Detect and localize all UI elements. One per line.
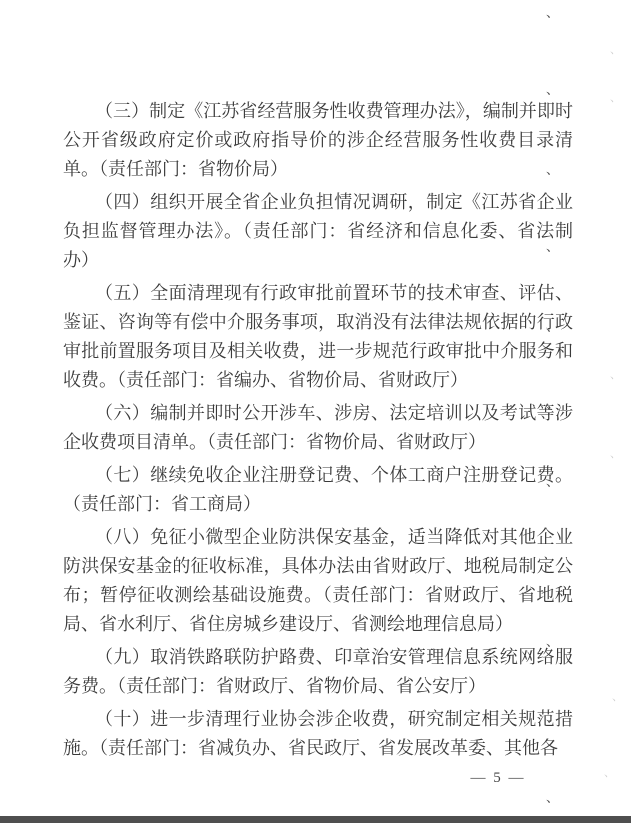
page-number: — 5 — bbox=[448, 770, 548, 787]
scan-artifact-mark: 、 bbox=[612, 692, 623, 703]
scan-artifact-mark: 、 bbox=[546, 791, 559, 804]
document-body: （三）制定《江苏省经营服务性收费管理办法》，编制并即时公开省级政府定价或政府指导… bbox=[63, 97, 573, 767]
scan-artifact-mark: 、 bbox=[610, 370, 621, 381]
scan-artifact-mark: 、 bbox=[546, 83, 559, 96]
paragraph-item-6: （六）编制并即时公开涉车、涉房、法定培训以及考试等涉企收费项目清单。（责任部门：… bbox=[63, 399, 573, 457]
paragraph-item-10: （十）进一步清理行业协会涉企收费，研究制定相关规范措施。（责任部门：省减负办、省… bbox=[63, 705, 573, 763]
paragraph-item-7: （七）继续免收企业注册登记费、个体工商户注册登记费。（责任部门：省工商局） bbox=[63, 461, 573, 519]
scan-artifact-mark: 、 bbox=[546, 635, 559, 648]
scan-artifact-mark: 、 bbox=[546, 398, 559, 411]
scan-artifact-mark: 、 bbox=[546, 240, 559, 253]
scan-artifact-mark: 、 bbox=[546, 475, 559, 488]
paragraph-item-8: （八）免征小微型企业防洪保安基金，适当降低对其他企业防洪保安基金的征收标准，具体… bbox=[63, 523, 573, 639]
scan-edge-band bbox=[0, 816, 631, 823]
scan-artifact-mark: 、 bbox=[546, 6, 559, 19]
scan-artifact-mark: 、 bbox=[546, 320, 559, 333]
scan-artifact-mark: 、 bbox=[604, 768, 615, 779]
scan-artifact-mark: 、 bbox=[610, 93, 621, 104]
scanned-document-page: （三）制定《江苏省经营服务性收费管理办法》，编制并即时公开省级政府定价或政府指导… bbox=[0, 0, 631, 823]
paragraph-item-9: （九）取消铁路联防护路费、印章治安管理信息系统网络服务费。（责任部门：省财政厅、… bbox=[63, 643, 573, 701]
scan-artifact-mark: 、 bbox=[546, 711, 559, 724]
paragraph-item-5: （五）全面清理现有行政审批前置环节的技术审查、评估、鉴证、咨询等有偿中介服务事项… bbox=[63, 279, 573, 395]
paragraph-item-4: （四）组织开展全省企业负担情况调研，制定《江苏省企业负担监督管理办法》。（责任部… bbox=[63, 188, 573, 275]
scan-artifact-mark: 、 bbox=[546, 556, 559, 569]
scan-artifact-mark: 、 bbox=[546, 163, 559, 176]
scan-artifact-mark: 、 bbox=[610, 449, 621, 460]
paragraph-item-3: （三）制定《江苏省经营服务性收费管理办法》，编制并即时公开省级政府定价或政府指导… bbox=[63, 97, 573, 184]
scan-artifact-mark: 、 bbox=[610, 45, 621, 56]
